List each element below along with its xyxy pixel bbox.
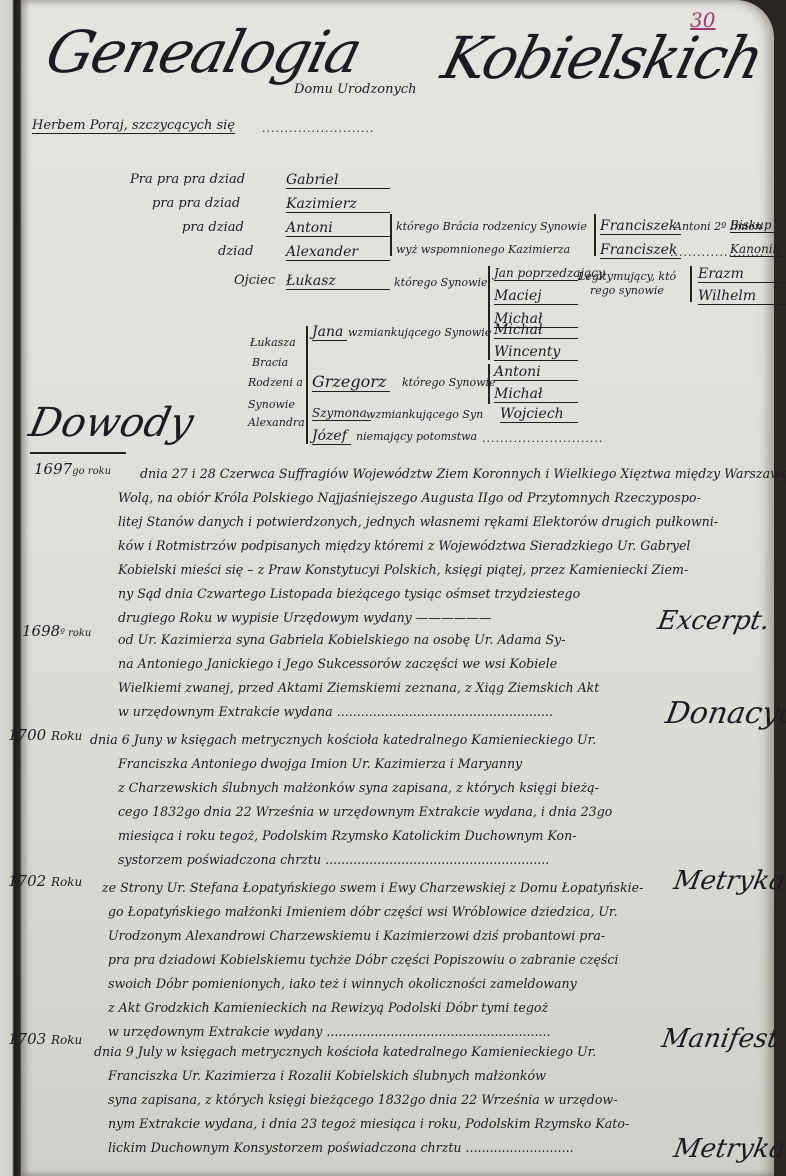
- side-label: Synowie: [248, 398, 295, 411]
- book-binding: [0, 0, 22, 1176]
- entry-line: dnia 6 Juny w księgach metrycznych kości…: [90, 728, 596, 753]
- entry-line: syna zapisana, z których księgi bieżąceg…: [108, 1088, 617, 1113]
- relation-note: wyż wspomnionego Kazimierza: [396, 243, 570, 256]
- entry-line: Wolą, na obiór Króla Polskiego Najjaśnie…: [118, 486, 701, 511]
- entry-year-suffix: Roku: [51, 729, 82, 743]
- margin-label: Metryka: [671, 866, 786, 896]
- generation-name: Alexander: [286, 244, 390, 261]
- entry-line: na Antoniego Janickiego i Jego Sukcessor…: [118, 652, 557, 677]
- side-label: Łukasza: [250, 336, 296, 349]
- entry-year: 1697: [34, 460, 72, 478]
- bracket-line: [390, 214, 392, 256]
- entry-year: 1698: [22, 622, 60, 640]
- entry-line: z Akt Grodzkich Kamienieckich na Rewizyą…: [108, 996, 548, 1021]
- grandson-name: Erazm: [698, 266, 786, 283]
- son-name: Maciej: [494, 288, 578, 305]
- entry-year: 1703: [8, 1030, 46, 1048]
- margin-label: Metryka: [671, 1134, 786, 1164]
- generation-label: Ojciec: [234, 273, 275, 288]
- relation-note: którego Synowie: [394, 276, 488, 289]
- generation-name: Łukasz: [286, 273, 390, 290]
- grandson-name: Wilhelm: [698, 288, 786, 305]
- cousin-son: Wojciech: [500, 406, 578, 423]
- entry-line: miesiąca i roku tegoż, Podolskim Rzymsko…: [118, 824, 577, 849]
- entry-line: cego 1832go dnia 22 Września w urzędowny…: [118, 800, 612, 825]
- entry-year: 1702: [8, 872, 46, 890]
- entry-line: lickim Duchownym Konsystorzem poświadczo…: [108, 1136, 574, 1161]
- entry-year-suffix: Roku: [51, 875, 82, 889]
- cousin-title: Biskup: [730, 218, 776, 233]
- entry-line: w urzędownym Extrakcie wydana ..........…: [118, 700, 553, 725]
- generation-label: pra dziad: [182, 220, 244, 235]
- subtitle-coat-of-arms: Herbem Poraj, szczycących się: [32, 118, 235, 134]
- entry-line: swoich Dóbr pomienionych, iako też i win…: [108, 972, 577, 997]
- heading-underline: [30, 452, 126, 454]
- cousin-son: Wincenty: [494, 344, 578, 361]
- entry-line: nym Extrakcie wydana, i dnia 23 tegoż mi…: [108, 1112, 629, 1137]
- entry-line: ny Sąd dnia Czwartego Listopada bieżąceg…: [118, 582, 580, 607]
- dots: ...........................: [482, 432, 603, 445]
- entry-line: Franciszka Ur. Kazimierza i Rozalii Kobi…: [108, 1064, 546, 1089]
- entry-line: Urodzonym Alexandrowi Charzewskiemu i Ka…: [108, 924, 605, 949]
- generation-label: Pra pra pra dziad: [130, 172, 245, 187]
- entry-line: dnia 9 July w księgach metrycznych kości…: [94, 1040, 596, 1065]
- generation-label: pra pra dziad: [152, 196, 240, 211]
- title-kobielskich: Kobielskich: [436, 24, 770, 92]
- entry-line: ków i Rotmistrzów podpisanych między któ…: [118, 534, 690, 559]
- entry-line: z Charzewskich ślubnych małżonków syna z…: [118, 776, 599, 801]
- margin-label: Manifest: [659, 1024, 780, 1054]
- entry-year-suffix: go roku: [72, 466, 111, 477]
- side-label: Bracia: [252, 356, 288, 369]
- entry-line: Franciszka Antoniego dwojga Imion Ur. Ka…: [118, 752, 522, 777]
- manuscript-page: 30 Genealogia Domu Urodzonych Kobielskic…: [22, 0, 774, 1176]
- uncle-note: wzmiankującego Synowie: [348, 326, 491, 339]
- entry-line: Wielkiemi zwanej, przed Aktami Ziemskiem…: [118, 676, 599, 701]
- entry-line: Kobielski mieści się – z Praw Konstytucy…: [118, 558, 688, 583]
- bracket-line: [488, 322, 490, 360]
- generation-name: Kazimierz: [286, 196, 390, 213]
- uncle-name: Józef: [312, 428, 351, 445]
- son-name: Jan poprzedzający: [494, 266, 578, 281]
- entry-line: systorzem poświadczona chrztu ..........…: [118, 848, 549, 873]
- cousin-name: Franciszek: [600, 218, 681, 235]
- uncle-note: niemający potomstwa: [356, 430, 477, 443]
- entry-year-suffix: Roku: [51, 1033, 82, 1047]
- uncle-name: Grzegorz: [312, 372, 390, 392]
- bracket-line: [306, 326, 308, 444]
- cousin-son: Michał: [494, 386, 578, 403]
- side-label: Rodzeni a: [248, 376, 303, 389]
- generation-name: Antoni: [286, 220, 390, 237]
- title-connector: Domu Urodzonych: [294, 82, 416, 97]
- cousin-son: Michał: [494, 322, 578, 339]
- relation-note: którego Brácia rodzenicy Synowie: [396, 220, 587, 233]
- relation-note: rego synowie: [590, 284, 664, 297]
- uncle-name: Jana: [312, 324, 347, 341]
- uncle-note: wzmiankującego Syn: [366, 408, 483, 421]
- bracket-line: [690, 266, 692, 302]
- title-genealogia: Genealogia: [40, 18, 368, 86]
- subtitle-dots: .........................: [262, 122, 374, 135]
- generation-name: Gabriel: [286, 172, 390, 189]
- entry-line: litej Stanów danych i potwierdzonych, je…: [118, 510, 718, 535]
- cousin-title: Kanonik: [730, 242, 784, 257]
- generation-label: dziad: [218, 244, 253, 259]
- cousin-son: Antoni: [494, 364, 578, 381]
- margin-label: Excerpt.: [655, 606, 772, 636]
- entry-line: go Łopatyńskiego małżonki Imieniem dóbr …: [108, 900, 618, 925]
- bracket-line: [488, 364, 490, 404]
- entry-line: drugiego Roku w wypisie Urzędowym wydany…: [118, 606, 491, 631]
- entry-line: pra pra dziadowi Kobielskiemu tychże Dób…: [108, 948, 618, 973]
- entry-line: ze Strony Ur. Stefana Łopatyńskiego swem…: [102, 876, 643, 901]
- entry-year: 1700: [8, 726, 46, 744]
- entry-line: od Ur. Kazimierza syna Gabriela Kobielsk…: [118, 628, 566, 653]
- side-label: Alexandra: [248, 416, 305, 429]
- margin-label: Donacya: [663, 696, 786, 731]
- entry-year-suffix: º roku: [60, 628, 91, 639]
- proofs-heading: Dowody: [25, 400, 197, 446]
- bracket-line: [594, 214, 596, 256]
- uncle-name: Szymona: [312, 406, 371, 421]
- entry-line: dnia 27 i 28 Czerwca Suffragiów Wojewódz…: [140, 462, 786, 487]
- relation-note: Legitymujący, któ: [578, 270, 676, 283]
- uncle-note: którego Synowie: [402, 376, 496, 389]
